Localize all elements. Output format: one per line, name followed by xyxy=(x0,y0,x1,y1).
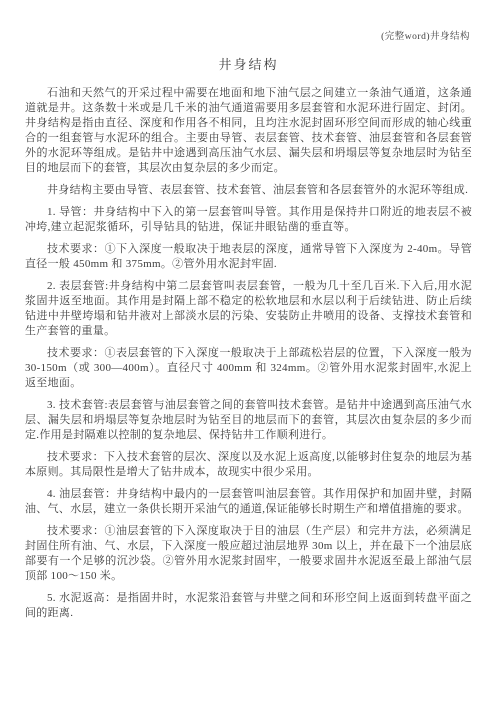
document-body: 石油和天然气的开采过程中需要在地面和地下油气层之间建立一条油气通道，这条通道就是… xyxy=(25,86,472,621)
paragraph-intermediate-casing-requirements: 技术要求：下入技术套管的层次、深度以及水泥上返高度,以能够封住复杂的地层为基本原… xyxy=(25,450,472,480)
paragraph-conductor-pipe: 1. 导管：井身结构中下入的第一层套管叫导管。其作用是保持井口附近的地表层不被冲… xyxy=(25,205,472,235)
paragraph-conductor-pipe-requirements: 技术要求：①下入深度一般取决于地表层的深度，通常导管下入深度为 2-40m。导管… xyxy=(25,242,472,272)
document-title: 井身结构 xyxy=(25,54,472,73)
document-page: (完整word)井身结构 井身结构 石油和天然气的开采过程中需要在地面和地下油气… xyxy=(0,0,496,702)
paragraph-intermediate-casing: 3. 技术套管:表层套管与油层套管之间的套管叫技术套管。是钻井中途遇到高压油气水… xyxy=(25,398,472,443)
paragraph-production-casing-requirements: 技术要求：①油层套管的下入深度取决于目的油层（生产层）和完井方法，必须满足封固住… xyxy=(25,524,472,584)
paragraph-overview: 井身结构主要由导管、表层套管、技术套管、油层套管和各层套管外的水泥环等组成. xyxy=(25,183,472,198)
paragraph-intro: 石油和天然气的开采过程中需要在地面和地下油气层之间建立一条油气通道，这条通道就是… xyxy=(25,86,472,176)
paragraph-production-casing: 4. 油层套管：井身结构中最内的一层套管叫油层套管。其作用保护和加固井壁，封隔油… xyxy=(25,487,472,517)
paragraph-surface-casing-requirements: 技术要求：①表层套管的下入深度一般取决于上部疏松岩层的位置，下入深度一般为 30… xyxy=(25,346,472,391)
document-header-text: (完整word)井身结构 xyxy=(25,28,472,42)
paragraph-cement-return-height: 5. 水泥返高：是指固井时，水泥浆沿套管与井壁之间和环形空间上返面到转盘平面之间… xyxy=(25,591,472,621)
paragraph-surface-casing: 2. 表层套管:井身结构中第二层套管叫表层套管，一般为几十至几百米.下入后,用水… xyxy=(25,279,472,339)
